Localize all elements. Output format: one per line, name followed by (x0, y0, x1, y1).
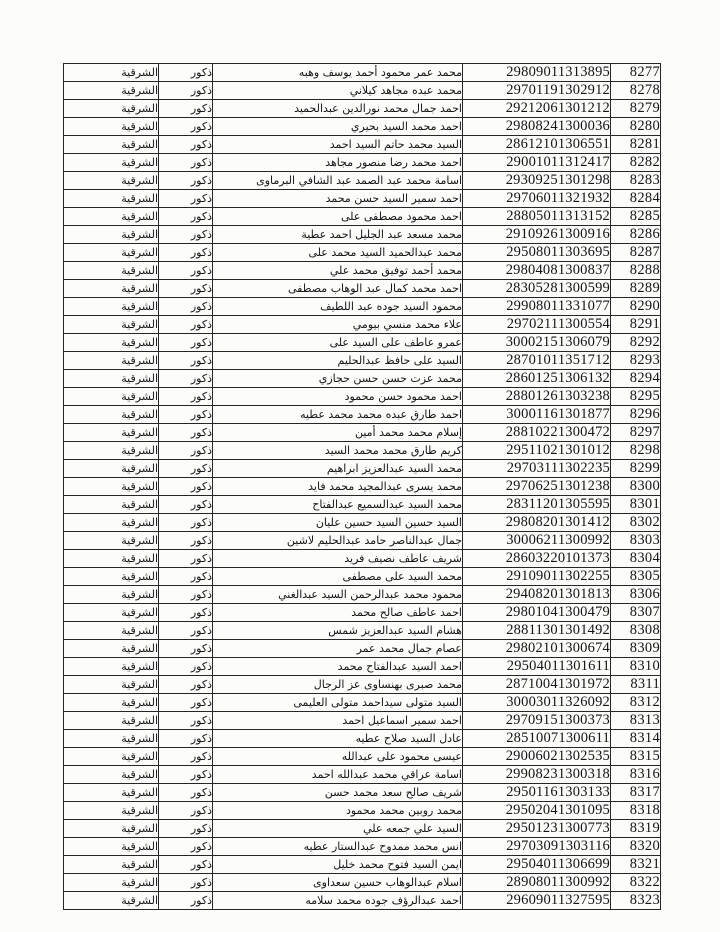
gender-cell: ذكور (159, 136, 213, 154)
person-name-cell: احمد عبدالرؤف جوده محمد سلامه (213, 892, 463, 910)
governorate-cell: الشرقية (64, 640, 159, 658)
gender-cell: ذكور (159, 370, 213, 388)
table-row: 8300 29706251301238 محمد يسرى عبدالمجيد … (64, 478, 661, 496)
governorate-cell: الشرقية (64, 802, 159, 820)
gender-cell: ذكور (159, 658, 213, 676)
governorate-cell: الشرقية (64, 820, 159, 838)
serial-number-cell: 8320 (611, 838, 661, 856)
governorate-cell: الشرقية (64, 514, 159, 532)
serial-number-cell: 8310 (611, 658, 661, 676)
table-row: 8305 29109011302255 محمد السيد على مصطفى… (64, 568, 661, 586)
table-row: 8298 29511021301012 كريم طارق محمد محمد … (64, 442, 661, 460)
national-id-cell: 29501161303133 (463, 784, 611, 802)
person-name-cell: علاء محمد منسي بيومي (213, 316, 463, 334)
gender-cell: ذكور (159, 244, 213, 262)
gender-cell: ذكور (159, 892, 213, 910)
person-name-cell: احمد محمد كمال عبد الوهاب مصطفى (213, 280, 463, 298)
gender-cell: ذكور (159, 226, 213, 244)
governorate-cell: الشرقية (64, 82, 159, 100)
serial-number-cell: 8279 (611, 100, 661, 118)
serial-number-cell: 8296 (611, 406, 661, 424)
person-name-cell: محمود محمد عبدالرحمن السيد عبدالغني (213, 586, 463, 604)
serial-number-cell: 8316 (611, 766, 661, 784)
governorate-cell: الشرقية (64, 298, 159, 316)
serial-number-cell: 8313 (611, 712, 661, 730)
national-id-cell: 28801261303238 (463, 388, 611, 406)
national-id-cell: 29908231300318 (463, 766, 611, 784)
person-name-cell: احمد محمود حسن محمود (213, 388, 463, 406)
national-id-cell: 28811301301492 (463, 622, 611, 640)
person-name-cell: عصام جمال محمد عمر (213, 640, 463, 658)
serial-number-cell: 8295 (611, 388, 661, 406)
serial-number-cell: 8294 (611, 370, 661, 388)
national-id-cell: 28908011300992 (463, 874, 611, 892)
table-row: 8304 28603220101373 شريف عاطف نصيف فريد … (64, 550, 661, 568)
national-id-cell: 29908011331077 (463, 298, 611, 316)
person-name-cell: محمد روبين محمد محمود (213, 802, 463, 820)
table-row: 8301 28311201305595 محمد السيد عبدالسميع… (64, 496, 661, 514)
national-id-cell: 28510071300611 (463, 730, 611, 748)
serial-number-cell: 8321 (611, 856, 661, 874)
national-id-cell: 30001161301877 (463, 406, 611, 424)
governorate-cell: الشرقية (64, 352, 159, 370)
roster-table: 8277 29809011313895 محمد عمر محمود أحمد … (63, 63, 661, 910)
governorate-cell: الشرقية (64, 622, 159, 640)
serial-number-cell: 8284 (611, 190, 661, 208)
national-id-cell: 28305281300599 (463, 280, 611, 298)
table-row: 8307 29801041300479 احمد عاطف صالح محمد … (64, 604, 661, 622)
table-row: 8312 30003011326092 السيد متولى سيداحمد … (64, 694, 661, 712)
person-name-cell: عيسى محمود على عبدالله (213, 748, 463, 766)
governorate-cell: الشرقية (64, 244, 159, 262)
governorate-cell: الشرقية (64, 64, 159, 82)
serial-number-cell: 8306 (611, 586, 661, 604)
person-name-cell: احمد محمود مصطفى على (213, 208, 463, 226)
gender-cell: ذكور (159, 766, 213, 784)
gender-cell: ذكور (159, 316, 213, 334)
person-name-cell: محمد عبده مجاهد كيلاني (213, 82, 463, 100)
governorate-cell: الشرقية (64, 766, 159, 784)
gender-cell: ذكور (159, 280, 213, 298)
national-id-cell: 29212061301212 (463, 100, 611, 118)
table-row: 8316 29908231300318 اسامة عراقي محمد عبد… (64, 766, 661, 784)
person-name-cell: احمد السيد عبدالفتاح محمد (213, 658, 463, 676)
table-row: 8280 29808241300036 احمد محمد السيد بحير… (64, 118, 661, 136)
serial-number-cell: 8308 (611, 622, 661, 640)
governorate-cell: الشرقية (64, 208, 159, 226)
person-name-cell: احمد عاطف صالح محمد (213, 604, 463, 622)
person-name-cell: محمد السيد عبدالعزيز ابراهيم (213, 460, 463, 478)
governorate-cell: الشرقية (64, 460, 159, 478)
serial-number-cell: 8302 (611, 514, 661, 532)
serial-number-cell: 8315 (611, 748, 661, 766)
person-name-cell: محمد صبرى بهنساوى عز الرجال (213, 676, 463, 694)
governorate-cell: الشرقية (64, 154, 159, 172)
serial-number-cell: 8293 (611, 352, 661, 370)
national-id-cell: 29502041301095 (463, 802, 611, 820)
table-row: 8279 29212061301212 احمد جمال محمد نورال… (64, 100, 661, 118)
national-id-cell: 29501231300773 (463, 820, 611, 838)
person-name-cell: ايمن السيد فتوح محمد خليل (213, 856, 463, 874)
national-id-cell: 29702111300554 (463, 316, 611, 334)
serial-number-cell: 8312 (611, 694, 661, 712)
gender-cell: ذكور (159, 532, 213, 550)
gender-cell: ذكور (159, 874, 213, 892)
gender-cell: ذكور (159, 586, 213, 604)
serial-number-cell: 8289 (611, 280, 661, 298)
national-id-cell: 30002151306079 (463, 334, 611, 352)
national-id-cell: 29701191302912 (463, 82, 611, 100)
gender-cell: ذكور (159, 640, 213, 658)
person-name-cell: محمد مسعد عبد الجليل احمد عطية (213, 226, 463, 244)
serial-number-cell: 8317 (611, 784, 661, 802)
gender-cell: ذكور (159, 190, 213, 208)
national-id-cell: 29511021301012 (463, 442, 611, 460)
scanned-document-page: 8277 29809011313895 محمد عمر محمود أحمد … (0, 0, 720, 932)
serial-number-cell: 8277 (611, 64, 661, 82)
gender-cell: ذكور (159, 802, 213, 820)
national-id-cell: 30006211300992 (463, 532, 611, 550)
governorate-cell: الشرقية (64, 118, 159, 136)
governorate-cell: الشرقية (64, 586, 159, 604)
person-name-cell: احمد طارق عبده محمد محمد عطيه (213, 406, 463, 424)
governorate-cell: الشرقية (64, 856, 159, 874)
table-row: 8278 29701191302912 محمد عبده مجاهد كيلا… (64, 82, 661, 100)
national-id-cell: 29706251301238 (463, 478, 611, 496)
governorate-cell: الشرقية (64, 424, 159, 442)
national-id-cell: 29504011301611 (463, 658, 611, 676)
governorate-cell: الشرقية (64, 568, 159, 586)
table-row: 8282 29001011312417 احمد محمد رضا منصور … (64, 154, 661, 172)
gender-cell: ذكور (159, 478, 213, 496)
serial-number-cell: 8297 (611, 424, 661, 442)
serial-number-cell: 8280 (611, 118, 661, 136)
person-name-cell: احمد جمال محمد نورالدين عبدالحميد (213, 100, 463, 118)
national-id-cell: 29809011313895 (463, 64, 611, 82)
national-id-cell: 29808241300036 (463, 118, 611, 136)
serial-number-cell: 8278 (611, 82, 661, 100)
table-row: 8281 28612101306551 السيد محمد حاتم السي… (64, 136, 661, 154)
governorate-cell: الشرقية (64, 406, 159, 424)
table-row: 8313 29709151300373 احمد سمير اسماعيل اح… (64, 712, 661, 730)
table-row: 8302 29808201301412 السيد حسين السيد حسي… (64, 514, 661, 532)
table-row: 8315 29006021302535 عيسى محمود على عبدال… (64, 748, 661, 766)
gender-cell: ذكور (159, 424, 213, 442)
person-name-cell: شريف عاطف نصيف فريد (213, 550, 463, 568)
gender-cell: ذكور (159, 208, 213, 226)
serial-number-cell: 8281 (611, 136, 661, 154)
person-name-cell: محمد عزت حسن حسن حجازي (213, 370, 463, 388)
governorate-cell: الشرقية (64, 478, 159, 496)
table-row: 8309 29802101300674 عصام جمال محمد عمر ذ… (64, 640, 661, 658)
table-row: 8283 29309251301298 اسامة محمد عبد الصمد… (64, 172, 661, 190)
table-row: 8285 28805011313152 احمد محمود مصطفى على… (64, 208, 661, 226)
gender-cell: ذكور (159, 334, 213, 352)
table-row: 8296 30001161301877 احمد طارق عبده محمد … (64, 406, 661, 424)
gender-cell: ذكور (159, 604, 213, 622)
national-id-cell: 28311201305595 (463, 496, 611, 514)
governorate-cell: الشرقية (64, 262, 159, 280)
governorate-cell: الشرقية (64, 532, 159, 550)
table-row: 8318 29502041301095 محمد روبين محمد محمو… (64, 802, 661, 820)
national-id-cell: 28603220101373 (463, 550, 611, 568)
national-id-cell: 28710041301972 (463, 676, 611, 694)
gender-cell: ذكور (159, 172, 213, 190)
national-id-cell: 28701011351712 (463, 352, 611, 370)
serial-number-cell: 8309 (611, 640, 661, 658)
governorate-cell: الشرقية (64, 370, 159, 388)
national-id-cell: 29508011303695 (463, 244, 611, 262)
gender-cell: ذكور (159, 856, 213, 874)
person-name-cell: عادل السيد صلاح عطيه (213, 730, 463, 748)
table-row: 8293 28701011351712 السيد على حافظ عبدال… (64, 352, 661, 370)
person-name-cell: محمد السيد عبدالسميع عبدالفتاح (213, 496, 463, 514)
table-row: 8323 29609011327595 احمد عبدالرؤف جوده م… (64, 892, 661, 910)
gender-cell: ذكور (159, 262, 213, 280)
person-name-cell: احمد سمير السيد حسن محمد (213, 190, 463, 208)
governorate-cell: الشرقية (64, 442, 159, 460)
gender-cell: ذكور (159, 514, 213, 532)
person-name-cell: احمد محمد رضا منصور مجاهد (213, 154, 463, 172)
table-row: 8303 30006211300992 جمال عبدالناصر حامد … (64, 532, 661, 550)
national-id-cell: 29609011327595 (463, 892, 611, 910)
governorate-cell: الشرقية (64, 730, 159, 748)
governorate-cell: الشرقية (64, 676, 159, 694)
national-id-cell: 29504011306699 (463, 856, 611, 874)
serial-number-cell: 8318 (611, 802, 661, 820)
person-name-cell: احمد سمير اسماعيل احمد (213, 712, 463, 730)
serial-number-cell: 8303 (611, 532, 661, 550)
person-name-cell: شريف صالح سعد محمد حسن (213, 784, 463, 802)
governorate-cell: الشرقية (64, 334, 159, 352)
serial-number-cell: 8301 (611, 496, 661, 514)
table-row: 8294 28601251306132 محمد عزت حسن حسن حجا… (64, 370, 661, 388)
national-id-cell: 29309251301298 (463, 172, 611, 190)
serial-number-cell: 8305 (611, 568, 661, 586)
national-id-cell: 29109011302255 (463, 568, 611, 586)
table-row: 8319 29501231300773 السيد علي جمعه علي ذ… (64, 820, 661, 838)
person-name-cell: عمرو عاطف على السيد على (213, 334, 463, 352)
gender-cell: ذكور (159, 730, 213, 748)
serial-number-cell: 8314 (611, 730, 661, 748)
serial-number-cell: 8283 (611, 172, 661, 190)
national-id-cell: 29801041300479 (463, 604, 611, 622)
table-row: 8284 29706011321932 احمد سمير السيد حسن … (64, 190, 661, 208)
governorate-cell: الشرقية (64, 136, 159, 154)
person-name-cell: السيد حسين السيد حسين عليان (213, 514, 463, 532)
national-id-cell: 29006021302535 (463, 748, 611, 766)
table-row: 8311 28710041301972 محمد صبرى بهنساوى عز… (64, 676, 661, 694)
serial-number-cell: 8292 (611, 334, 661, 352)
serial-number-cell: 8319 (611, 820, 661, 838)
governorate-cell: الشرقية (64, 280, 159, 298)
national-id-cell: 29001011312417 (463, 154, 611, 172)
governorate-cell: الشرقية (64, 712, 159, 730)
gender-cell: ذكور (159, 388, 213, 406)
person-name-cell: إسلام محمد محمد أمين (213, 424, 463, 442)
table-row: 8295 28801261303238 احمد محمود حسن محمود… (64, 388, 661, 406)
gender-cell: ذكور (159, 100, 213, 118)
serial-number-cell: 8287 (611, 244, 661, 262)
gender-cell: ذكور (159, 820, 213, 838)
table-row: 8287 29508011303695 محمد عبدالحميد السيد… (64, 244, 661, 262)
serial-number-cell: 8322 (611, 874, 661, 892)
governorate-cell: الشرقية (64, 190, 159, 208)
table-row: 8317 29501161303133 شريف صالح سعد محمد ح… (64, 784, 661, 802)
national-id-cell: 29408201301813 (463, 586, 611, 604)
table-row: 8310 29504011301611 احمد السيد عبدالفتاح… (64, 658, 661, 676)
table-row: 8320 29703091303116 انس محمد ممدوح عبدال… (64, 838, 661, 856)
serial-number-cell: 8291 (611, 316, 661, 334)
table-row: 8291 29702111300554 علاء محمد منسي بيومي… (64, 316, 661, 334)
serial-number-cell: 8288 (611, 262, 661, 280)
governorate-cell: الشرقية (64, 892, 159, 910)
person-name-cell: اسلام عبدالوهاب حسين سعداوى (213, 874, 463, 892)
governorate-cell: الشرقية (64, 496, 159, 514)
national-id-cell: 29709151300373 (463, 712, 611, 730)
roster-table-body: 8277 29809011313895 محمد عمر محمود أحمد … (64, 64, 661, 910)
person-name-cell: احمد محمد السيد بحيري (213, 118, 463, 136)
national-id-cell: 29802101300674 (463, 640, 611, 658)
governorate-cell: الشرقية (64, 100, 159, 118)
gender-cell: ذكور (159, 550, 213, 568)
governorate-cell: الشرقية (64, 316, 159, 334)
national-id-cell: 29804081300837 (463, 262, 611, 280)
person-name-cell: السيد على حافظ عبدالحليم (213, 352, 463, 370)
gender-cell: ذكور (159, 712, 213, 730)
gender-cell: ذكور (159, 694, 213, 712)
person-name-cell: انس محمد ممدوح عبدالستار عطيه (213, 838, 463, 856)
national-id-cell: 28601251306132 (463, 370, 611, 388)
person-name-cell: محمد عمر محمود أحمد يوسف وهبه (213, 64, 463, 82)
person-name-cell: اسامة عراقي محمد عبدالله احمد (213, 766, 463, 784)
governorate-cell: الشرقية (64, 226, 159, 244)
table-row: 8297 28810221300472 إسلام محمد محمد أمين… (64, 424, 661, 442)
gender-cell: ذكور (159, 118, 213, 136)
person-name-cell: هشام السيد عبدالعزيز شمس (213, 622, 463, 640)
table-row: 8286 29109261300916 محمد مسعد عبد الجليل… (64, 226, 661, 244)
serial-number-cell: 8285 (611, 208, 661, 226)
person-name-cell: محمد أحمد توفيق محمد علي (213, 262, 463, 280)
serial-number-cell: 8300 (611, 478, 661, 496)
serial-number-cell: 8307 (611, 604, 661, 622)
serial-number-cell: 8323 (611, 892, 661, 910)
governorate-cell: الشرقية (64, 172, 159, 190)
table-row: 8308 28811301301492 هشام السيد عبدالعزيز… (64, 622, 661, 640)
gender-cell: ذكور (159, 622, 213, 640)
serial-number-cell: 8286 (611, 226, 661, 244)
table-row: 8277 29809011313895 محمد عمر محمود أحمد … (64, 64, 661, 82)
national-id-cell: 28805011313152 (463, 208, 611, 226)
national-id-cell: 28810221300472 (463, 424, 611, 442)
person-name-cell: كريم طارق محمد محمد السيد (213, 442, 463, 460)
governorate-cell: الشرقية (64, 604, 159, 622)
gender-cell: ذكور (159, 838, 213, 856)
table-row: 8314 28510071300611 عادل السيد صلاح عطيه… (64, 730, 661, 748)
table-row: 8322 28908011300992 اسلام عبدالوهاب حسين… (64, 874, 661, 892)
national-id-cell: 29706011321932 (463, 190, 611, 208)
governorate-cell: الشرقية (64, 748, 159, 766)
person-name-cell: محمد يسرى عبدالمجيد محمد فايد (213, 478, 463, 496)
table-row: 8321 29504011306699 ايمن السيد فتوح محمد… (64, 856, 661, 874)
national-id-cell: 29808201301412 (463, 514, 611, 532)
gender-cell: ذكور (159, 748, 213, 766)
governorate-cell: الشرقية (64, 658, 159, 676)
table-row: 8299 29703111302235 محمد السيد عبدالعزيز… (64, 460, 661, 478)
serial-number-cell: 8298 (611, 442, 661, 460)
gender-cell: ذكور (159, 568, 213, 586)
table-row: 8290 29908011331077 محمود السيد جوده عبد… (64, 298, 661, 316)
table-row: 8288 29804081300837 محمد أحمد توفيق محمد… (64, 262, 661, 280)
table-row: 8289 28305281300599 احمد محمد كمال عبد ا… (64, 280, 661, 298)
governorate-cell: الشرقية (64, 784, 159, 802)
serial-number-cell: 8299 (611, 460, 661, 478)
serial-number-cell: 8311 (611, 676, 661, 694)
national-id-cell: 29703111302235 (463, 460, 611, 478)
gender-cell: ذكور (159, 460, 213, 478)
table-row: 8306 29408201301813 محمود محمد عبدالرحمن… (64, 586, 661, 604)
governorate-cell: الشرقية (64, 388, 159, 406)
person-name-cell: محمد عبدالحميد السيد محمد على (213, 244, 463, 262)
person-name-cell: السيد متولى سيداحمد متولى العليمى (213, 694, 463, 712)
national-id-cell: 30003011326092 (463, 694, 611, 712)
gender-cell: ذكور (159, 442, 213, 460)
gender-cell: ذكور (159, 784, 213, 802)
person-name-cell: جمال عبدالناصر حامد عبدالحليم لاشين (213, 532, 463, 550)
table-row: 8292 30002151306079 عمرو عاطف على السيد … (64, 334, 661, 352)
person-name-cell: محمد السيد على مصطفى (213, 568, 463, 586)
person-name-cell: السيد محمد حاتم السيد احمد (213, 136, 463, 154)
gender-cell: ذكور (159, 154, 213, 172)
gender-cell: ذكور (159, 82, 213, 100)
person-name-cell: السيد علي جمعه علي (213, 820, 463, 838)
national-id-cell: 29109261300916 (463, 226, 611, 244)
gender-cell: ذكور (159, 298, 213, 316)
person-name-cell: اسامة محمد عبد الصمد عبد الشافي البرماوى (213, 172, 463, 190)
gender-cell: ذكور (159, 496, 213, 514)
serial-number-cell: 8282 (611, 154, 661, 172)
gender-cell: ذكور (159, 352, 213, 370)
person-name-cell: محمود السيد جوده عبد اللطيف (213, 298, 463, 316)
national-id-cell: 29703091303116 (463, 838, 611, 856)
gender-cell: ذكور (159, 64, 213, 82)
serial-number-cell: 8304 (611, 550, 661, 568)
national-id-cell: 28612101306551 (463, 136, 611, 154)
serial-number-cell: 8290 (611, 298, 661, 316)
governorate-cell: الشرقية (64, 694, 159, 712)
governorate-cell: الشرقية (64, 874, 159, 892)
gender-cell: ذكور (159, 406, 213, 424)
governorate-cell: الشرقية (64, 838, 159, 856)
gender-cell: ذكور (159, 676, 213, 694)
governorate-cell: الشرقية (64, 550, 159, 568)
